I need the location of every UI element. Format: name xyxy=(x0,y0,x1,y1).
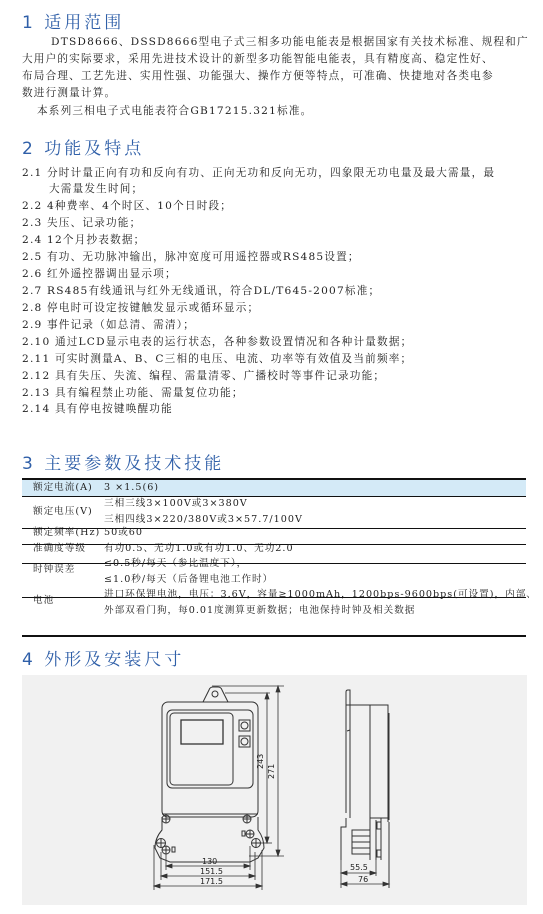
dim-label-271: 271 xyxy=(267,764,276,779)
dim-label-171-5: 171.5 xyxy=(200,877,223,886)
dim-label-76: 76 xyxy=(358,875,368,884)
dim-label-55-5: 55.5 xyxy=(350,863,368,872)
meter-dimension-drawing: 243 271 130 151.5 171.5 55.5 76 xyxy=(0,0,543,914)
dim-label-130: 130 xyxy=(202,857,217,866)
meter-side-view xyxy=(341,690,389,888)
meter-front-view xyxy=(155,687,264,862)
dim-label-243: 243 xyxy=(256,754,265,769)
dim-label-151-5: 151.5 xyxy=(200,867,223,876)
